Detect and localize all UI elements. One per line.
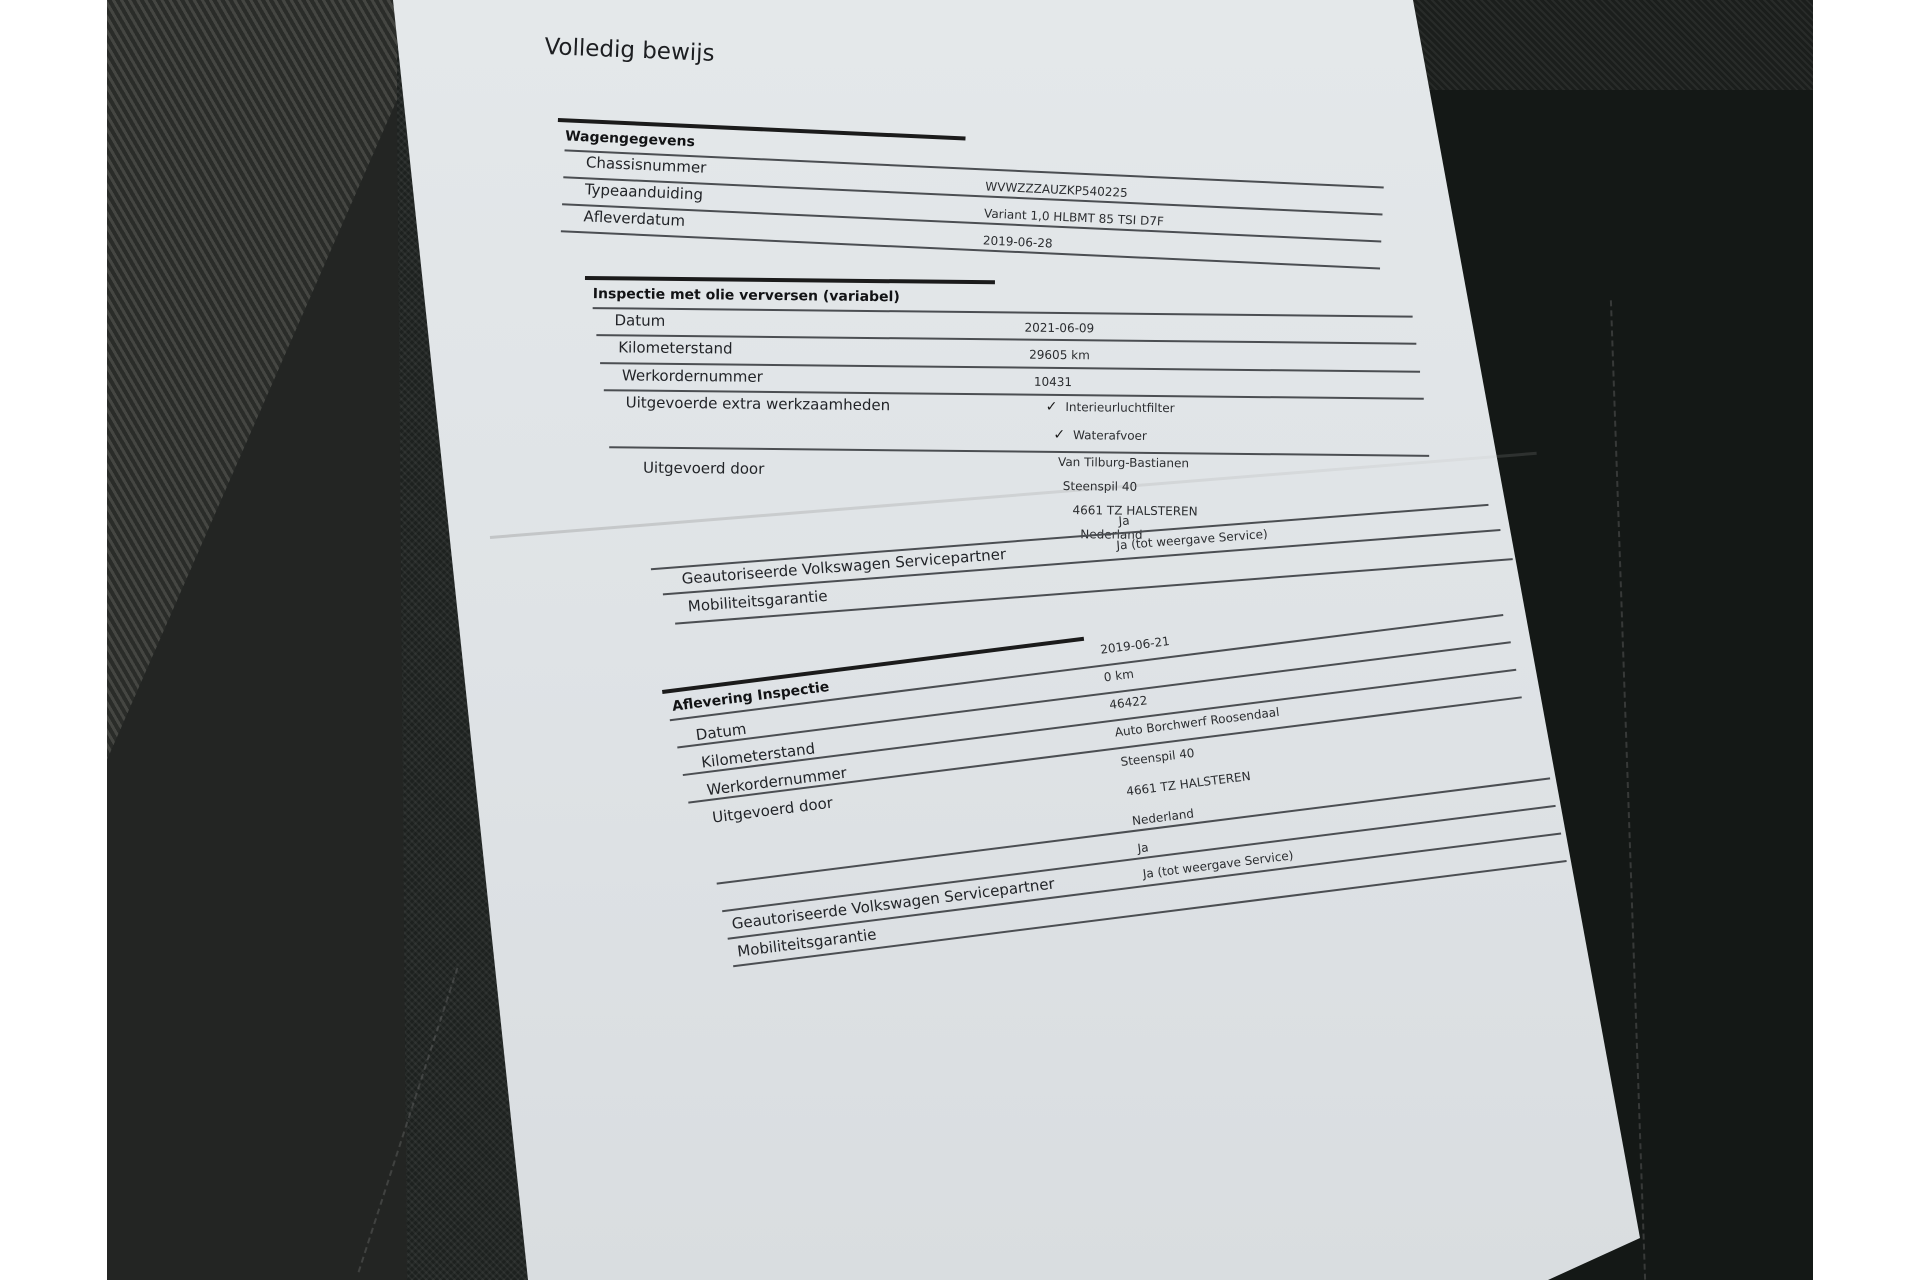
label-date: Datum (614, 311, 665, 330)
section-heading: Inspectie met olie verversen (variabel) (593, 286, 900, 305)
extra-work-item: ✓Interieurluchtfilter (1046, 399, 1175, 416)
label-extra-work: Uitgevoerde extra werkzaamheden (626, 393, 891, 414)
value-authorized: Ja (1118, 513, 1130, 528)
extra-work-item: ✓Waterafvoer (1053, 427, 1147, 444)
checkmark-icon: ✓ (1046, 399, 1058, 415)
checkmark-icon: ✓ (1053, 427, 1065, 443)
extra-work-label: Waterafvoer (1073, 428, 1147, 443)
label-mileage: Kilometerstand (618, 338, 733, 357)
value-work-order: 10431 (1034, 375, 1072, 389)
extra-work-label: Interieurluchtfilter (1065, 400, 1174, 415)
label-performed-by: Uitgevoerd door (643, 459, 764, 478)
value-mileage: 29605 km (1029, 348, 1090, 363)
performed-by-line: Van Tilburg-Bastianen (1058, 455, 1189, 470)
value-authorized: Ja (1137, 840, 1150, 855)
performed-by-line: Steenspil 40 (1063, 479, 1137, 494)
performed-by-line: 4661 TZ HALSTEREN (1073, 503, 1198, 518)
label-work-order: Werkordernummer (622, 366, 763, 385)
value-date: 2021-06-09 (1024, 321, 1094, 336)
